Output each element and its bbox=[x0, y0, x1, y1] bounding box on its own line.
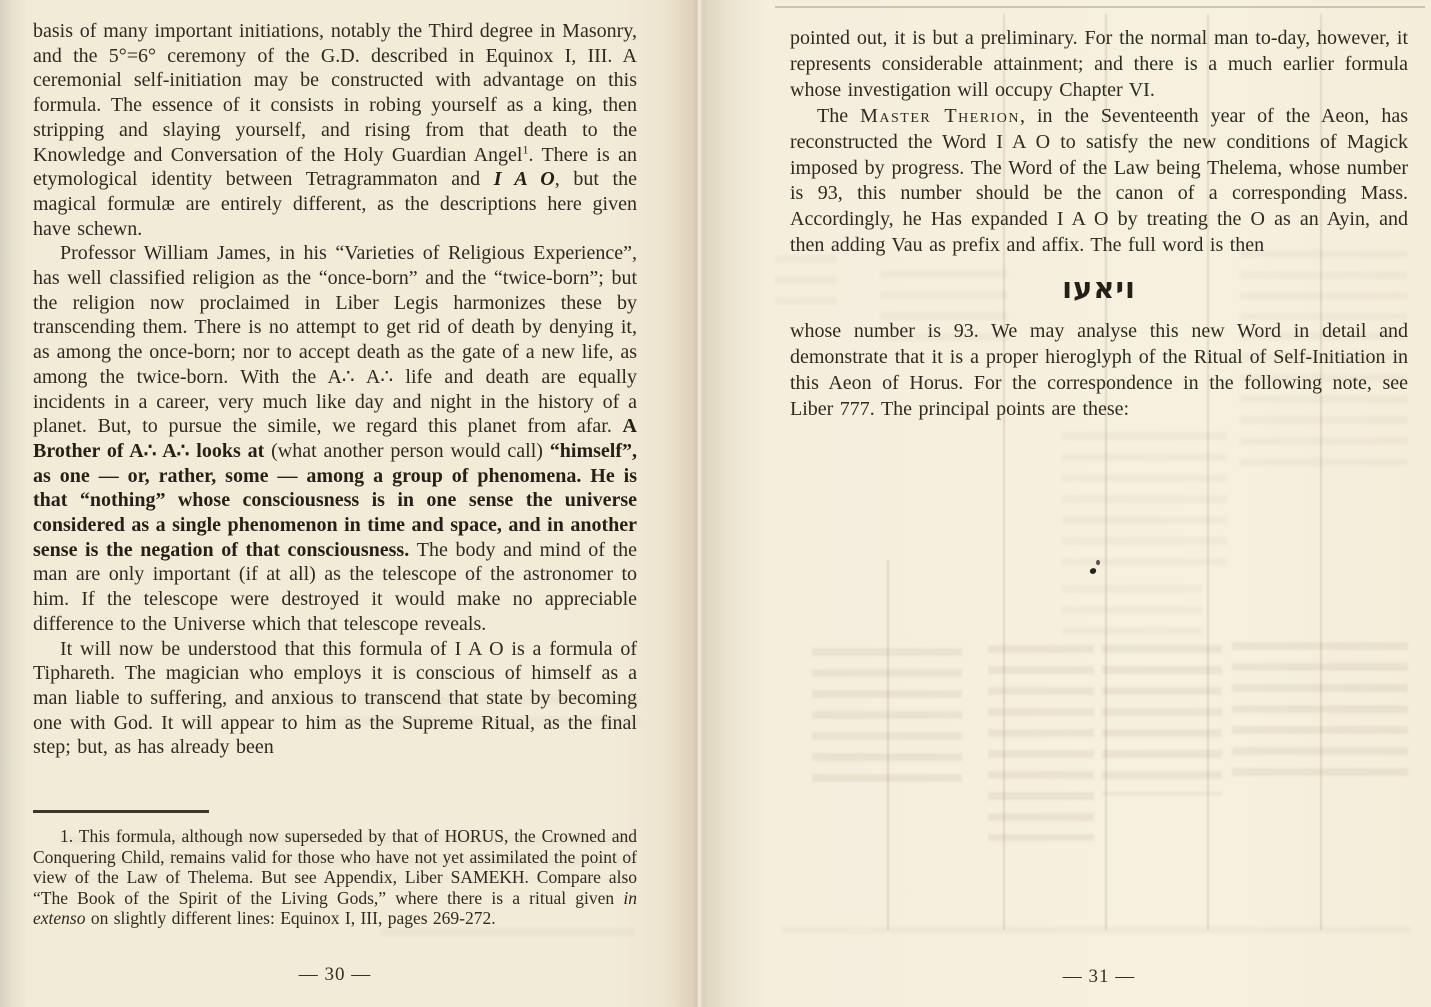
paragraph: whose number is 93. We may analyse this … bbox=[790, 319, 1408, 423]
text-segment: 1. This formula, although now superseded… bbox=[33, 826, 637, 908]
show-through-rule-horizontal bbox=[775, 6, 1425, 8]
paragraph: It will now be understood that this form… bbox=[33, 637, 637, 761]
footnote: 1. This formula, although now superseded… bbox=[33, 826, 637, 929]
hebrew-word: ויאעו bbox=[790, 271, 1408, 305]
show-through-text bbox=[380, 928, 635, 940]
text-segment: whose number is 93. We may analyse this … bbox=[790, 320, 1408, 420]
text-segment: Professor William James, in his “Varieti… bbox=[33, 242, 637, 437]
footnote-rule bbox=[33, 810, 209, 813]
text-segment: The bbox=[817, 105, 860, 127]
paragraph: Professor William James, in his “Varieti… bbox=[33, 241, 637, 636]
text-segment: pointed out, it is but a preliminary. Fo… bbox=[790, 27, 1408, 101]
paragraph: The Master Therion, in the Seventeenth y… bbox=[790, 104, 1408, 259]
paragraph: basis of many important initiations, not… bbox=[33, 19, 637, 241]
text-segment: , in the Seventeenth year of the Aeon, h… bbox=[790, 105, 1408, 257]
left-text-column: basis of many important initiations, not… bbox=[33, 19, 637, 760]
page-number: — 30 — bbox=[33, 964, 637, 986]
right-text-column: pointed out, it is but a preliminary. Fo… bbox=[790, 26, 1408, 423]
text-segment: I A O bbox=[494, 168, 555, 190]
footnote-paragraph: 1. This formula, although now superseded… bbox=[33, 826, 637, 929]
text-segment: on slightly different lines: Equinox I, … bbox=[85, 908, 495, 928]
text-segment: It will now be understood that this form… bbox=[33, 638, 637, 759]
book-spread-scan: { "left_page": { "page_number": "— 30 —"… bbox=[0, 0, 1431, 1007]
page-number: — 31 — bbox=[790, 966, 1408, 988]
paragraph: pointed out, it is but a preliminary. Fo… bbox=[790, 26, 1408, 104]
text-segment: (what another person would call) bbox=[271, 440, 550, 462]
text-segment: Master Therion bbox=[860, 105, 1020, 127]
